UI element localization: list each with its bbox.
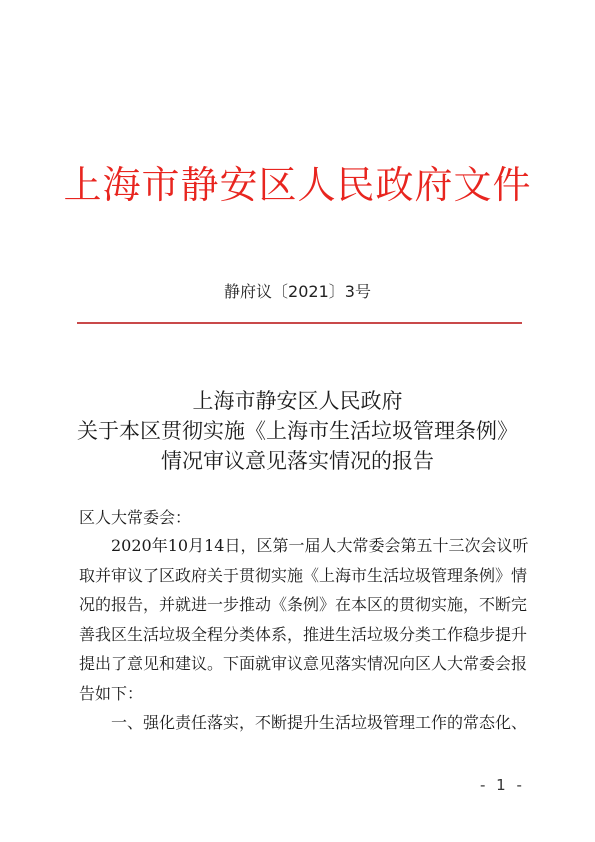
paragraph-line: 提出了意见和建议。下面就审议意见落实情况向区人大常委会报 xyxy=(79,649,519,679)
paragraph-1: 2020年10月14日，区第一届人大常委会第五十三次会议听 取并审议了区政府关于… xyxy=(79,531,519,708)
report-title-line: 情况审议意见落实情况的报告 xyxy=(0,446,595,476)
paragraph-line: 一、强化责任落实，不断提升生活垃圾管理工作的常态化、 xyxy=(79,708,519,738)
salutation: 区人大常委会： xyxy=(79,506,191,530)
document-header-title: 上海市静安区人民政府文件 xyxy=(0,160,595,210)
paragraph-line: 取并审议了区政府关于贯彻实施《上海市生活垃圾管理条例》情 xyxy=(79,561,519,591)
page-number: - 1 - xyxy=(480,776,525,794)
paragraph-line: 告如下： xyxy=(79,679,519,709)
red-divider-rule xyxy=(77,322,522,324)
paragraph-2: 一、强化责任落实，不断提升生活垃圾管理工作的常态化、 xyxy=(79,708,519,738)
body-text: 2020年10月14日，区第一届人大常委会第五十三次会议听 取并审议了区政府关于… xyxy=(79,531,519,738)
report-title: 上海市静安区人民政府 关于本区贯彻实施《上海市生活垃圾管理条例》 情况审议意见落… xyxy=(0,386,595,476)
report-title-line: 上海市静安区人民政府 xyxy=(0,386,595,416)
document-number: 静府议〔2021〕3号 xyxy=(0,279,595,302)
paragraph-line: 况的报告，并就进一步推动《条例》在本区的贯彻实施，不断完 xyxy=(79,590,519,620)
paragraph-line: 2020年10月14日，区第一届人大常委会第五十三次会议听 xyxy=(79,531,519,561)
report-title-line: 关于本区贯彻实施《上海市生活垃圾管理条例》 xyxy=(0,416,595,446)
paragraph-line: 善我区生活垃圾全程分类体系，推进生活垃圾分类工作稳步提升 xyxy=(79,620,519,650)
